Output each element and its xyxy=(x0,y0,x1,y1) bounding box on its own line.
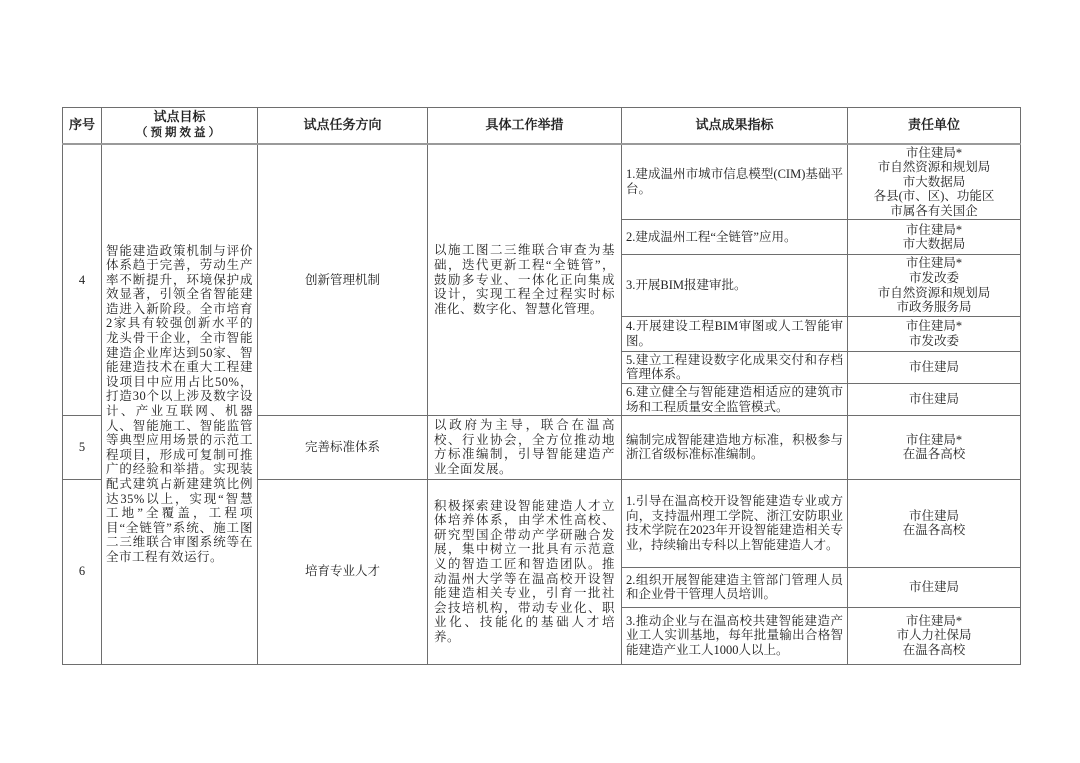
indicator-cell: 3.推动企业与在温高校共建智能建造产业工人实训基地，每年批量输出合格智能建造产业… xyxy=(622,607,848,664)
unit-cell: 市住建局* 在温各高校 xyxy=(848,416,1021,479)
measures-cell-4: 以施工图二三维联合审查为基础，迭代更新工程“全链管”，鼓励多专业、一体化正向集成… xyxy=(428,144,622,416)
indicator-cell: 编制完成智能建造地方标准，积极参与浙江省级标准标准编制。 xyxy=(622,416,848,479)
indicator-cell: 1.建成温州市城市信息模型(CIM)基础平台。 xyxy=(622,144,848,220)
header-units: 责任单位 xyxy=(848,108,1021,144)
unit-cell: 市住建局 xyxy=(848,567,1021,607)
unit-cell: 市住建局* 市自然资源和规划局 市大数据局 各县(市、区)、功能区 市属各有关国… xyxy=(848,144,1021,220)
indicator-cell: 4.开展建设工程BIM审图或人工智能审图。 xyxy=(622,316,848,351)
unit-cell: 市住建局 xyxy=(848,384,1021,416)
unit-cell: 市住建局* 市发改委 市自然资源和规划局 市政务服务局 xyxy=(848,255,1021,316)
table-row: 4 智能建造政策机制与评价体系趋于完善，劳动生产率不断提升，环境保护成效显著，引… xyxy=(63,144,1021,220)
indicator-cell: 6.建立健全与智能建造相适应的建筑市场和工程质量安全监管模式。 xyxy=(622,384,848,416)
seq-cell-5: 5 xyxy=(63,416,102,479)
unit-cell: 市住建局* 市人力社保局 在温各高校 xyxy=(848,607,1021,664)
header-measures: 具体工作举措 xyxy=(428,108,622,144)
goal-cell: 智能建造政策机制与评价体系趋于完善，劳动生产率不断提升，环境保护成效显著，引领全… xyxy=(102,144,258,665)
direction-cell-6: 培育专业人才 xyxy=(258,479,428,664)
indicator-cell: 1.引导在温高校开设智能建造专业或方向，支持温州理工学院、浙江安防职业技术学院在… xyxy=(622,479,848,567)
seq-cell-6: 6 xyxy=(63,479,102,664)
header-direction: 试点任务方向 xyxy=(258,108,428,144)
header-seq: 序号 xyxy=(63,108,102,144)
pilot-plan-table: 序号 试点目标 （预期效益） 试点任务方向 具体工作举措 试点成果指标 责任单位… xyxy=(62,107,1021,665)
header-indicators: 试点成果指标 xyxy=(622,108,848,144)
document-page: 序号 试点目标 （预期效益） 试点任务方向 具体工作举措 试点成果指标 责任单位… xyxy=(0,0,1080,763)
unit-cell: 市住建局 xyxy=(848,351,1021,383)
measures-cell-5: 以政府为主导，联合在温高校、行业协会，全方位推动地方标准编制，引导智能建造产业全… xyxy=(428,416,622,479)
unit-cell: 市住建局 在温各高校 xyxy=(848,479,1021,567)
indicator-cell: 3.开展BIM报建审批。 xyxy=(622,255,848,316)
header-goal-title: 试点目标 xyxy=(104,110,255,125)
indicator-cell: 2.建成温州工程“全链管”应用。 xyxy=(622,220,848,255)
header-goal: 试点目标 （预期效益） xyxy=(102,108,258,144)
table-header-row: 序号 试点目标 （预期效益） 试点任务方向 具体工作举措 试点成果指标 责任单位 xyxy=(63,108,1021,144)
seq-cell-4: 4 xyxy=(63,144,102,416)
unit-cell: 市住建局* 市发改委 xyxy=(848,316,1021,351)
direction-cell-5: 完善标准体系 xyxy=(258,416,428,479)
header-goal-subtitle: （预期效益） xyxy=(104,126,255,141)
direction-cell-4: 创新管理机制 xyxy=(258,144,428,416)
indicator-cell: 5.建立工程建设数字化成果交付和存档管理体系。 xyxy=(622,351,848,383)
unit-cell: 市住建局* 市大数据局 xyxy=(848,220,1021,255)
measures-cell-6: 积极探索建设智能建造人才立体培养体系，由学术性高校、研究型国企带动产学研融合发展… xyxy=(428,479,622,664)
indicator-cell: 2.组织开展智能建造主管部门管理人员和企业骨干管理人员培训。 xyxy=(622,567,848,607)
